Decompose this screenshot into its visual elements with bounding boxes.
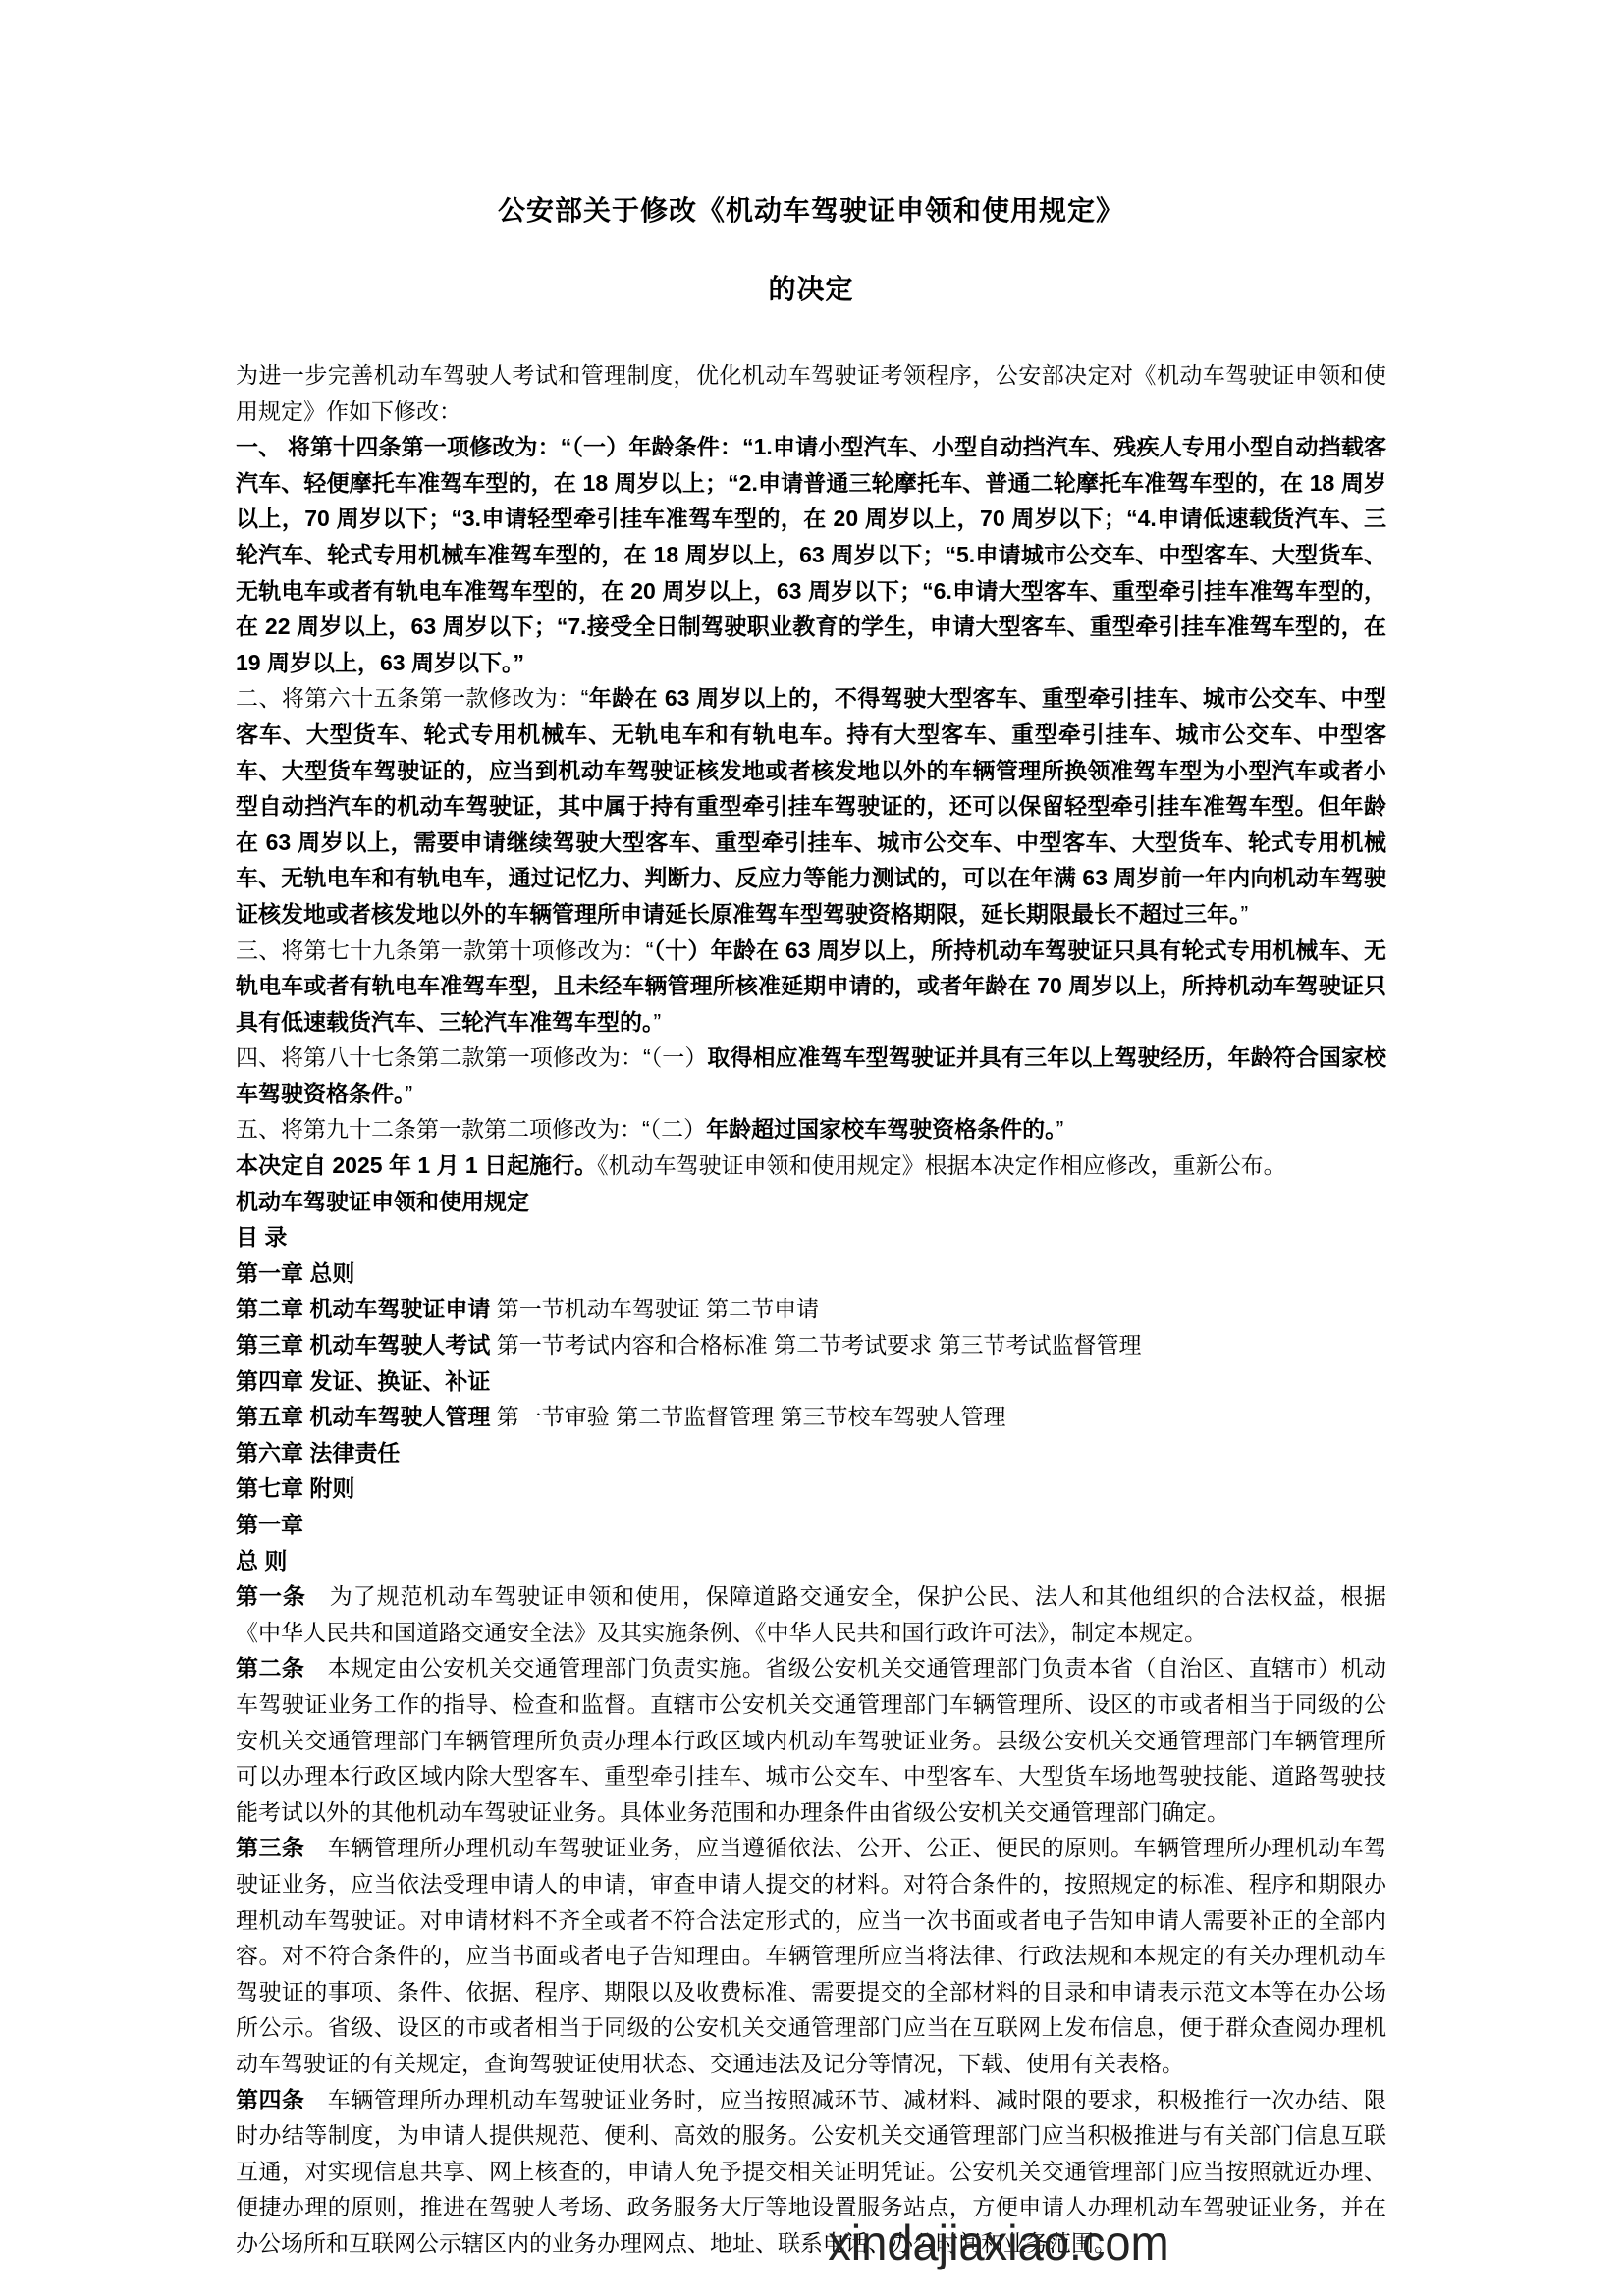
document-title-line1: 公安部关于修改《机动车驾驶证申领和使用规定》 (236, 0, 1386, 228)
paragraph: 第二章 机动车驾驶证申请 第一节机动车驾驶证 第二节申请 (236, 1291, 1386, 1327)
paragraph-segment-bold: 第七章 附则 (236, 1475, 354, 1501)
paragraph-segment-bold: 机动车驾驶证申领和使用规定 (236, 1189, 529, 1214)
footer-url-text: xindajiaxiao.com (828, 2216, 1168, 2270)
paragraph: 第六章 法律责任 (236, 1435, 1386, 1471)
document-title-line2: 的决定 (236, 228, 1386, 306)
footer-watermark: xindajiaxiao.com (236, 2216, 1624, 2269)
paragraph-segment-bold: 第三条 (236, 1835, 304, 1860)
paragraph-segment-bold: 第六章 法律责任 (236, 1440, 400, 1466)
paragraph-segment-bold: 年龄在 63 周岁以上的，不得驾驶大型客车、重型牵引挂车、城市公交车、中型客车、… (236, 685, 1386, 927)
paragraph-segment: 第一节审验 第二节监督管理 第三节校车驾驶人管理 (490, 1404, 1005, 1429)
paragraph-segment: ” (1241, 901, 1249, 927)
paragraph-segment: 为进一步完善机动车驾驶人考试和管理制度，优化机动车驾驶证考领程序，公安部决定对《… (236, 362, 1386, 424)
paragraph: 第五章 机动车驾驶人管理 第一节审验 第二节监督管理 第三节校车驾驶人管理 (236, 1399, 1386, 1435)
paragraph: 第七章 附则 (236, 1470, 1386, 1507)
paragraph: 机动车驾驶证申领和使用规定 (236, 1184, 1386, 1220)
paragraph-segment: 五、将第九十二条第一款第二项修改为：“（二） (236, 1116, 706, 1142)
paragraph-segment: 二、将第六十五条第一款修改为：“ (236, 685, 588, 711)
paragraph-segment-bold: 第四章 发证、换证、补证 (236, 1368, 490, 1394)
paragraph-segment-bold: 年龄超过国家校车驾驶资格条件的。 (706, 1116, 1056, 1142)
paragraph-segment-bold: 第五章 机动车驾驶人管理 (236, 1404, 490, 1429)
paragraph: 第二条 本规定由公安机关交通管理部门负责实施。省级公安机关交通管理部门负责本省（… (236, 1650, 1386, 1830)
paragraph: 总 则 (236, 1543, 1386, 1579)
paragraph-segment-bold: 第二条 (236, 1655, 304, 1681)
paragraph: 第一条 为了规范机动车驾驶证申领和使用，保障道路交通安全，保护公民、法人和其他组… (236, 1578, 1386, 1650)
paragraph-segment-bold: 第二章 机动车驾驶证申请 (236, 1296, 490, 1321)
paragraph: 第四章 发证、换证、补证 (236, 1363, 1386, 1400)
paragraph-segment: 第一节机动车驾驶证 第二节申请 (490, 1296, 819, 1321)
paragraph-segment: ” (406, 1081, 413, 1106)
paragraph-segment-bold: 第四条 (236, 2087, 304, 2112)
paragraph-segment: 本规定由公安机关交通管理部门负责实施。省级公安机关交通管理部门负责本省（自治区、… (236, 1655, 1386, 1824)
document-body: 为进一步完善机动车驾驶人考试和管理制度，优化机动车驾驶证考领程序，公安部决定对《… (236, 306, 1386, 2261)
paragraph-segment: 为了规范机动车驾驶证申领和使用，保障道路交通安全，保护公民、法人和其他组织的合法… (236, 1583, 1386, 1645)
paragraph: 一、 将第十四条第一项修改为：“（一）年龄条件：“1.申请小型汽车、小型自动挡汽… (236, 429, 1386, 680)
paragraph-segment-bold: 一、 将第十四条第一项修改为：“（一）年龄条件：“1.申请小型汽车、小型自动挡汽… (236, 434, 1386, 675)
paragraph-segment-bold: 第一条 (236, 1583, 306, 1609)
paragraph: 本决定自 2025 年 1 月 1 日起施行。《机动车驾驶证申领和使用规定》根据… (236, 1148, 1386, 1184)
paragraph: 二、将第六十五条第一款修改为：“年龄在 63 周岁以上的，不得驾驶大型客车、重型… (236, 680, 1386, 932)
paragraph-segment-bold: 总 则 (236, 1548, 287, 1574)
document-content: 公安部关于修改《机动车驾驶证申领和使用规定》 的决定 为进一步完善机动车驾驶人考… (236, 0, 1386, 2261)
paragraph-segment-bold: 第一章 总则 (236, 1260, 354, 1286)
paragraph: 目 录 (236, 1219, 1386, 1255)
paragraph: 第三条 车辆管理所办理机动车驾驶证业务，应当遵循依法、公开、公正、便民的原则。车… (236, 1830, 1386, 2081)
document-page: 公安部关于修改《机动车驾驶证申领和使用规定》 的决定 为进一步完善机动车驾驶人考… (0, 0, 1624, 2296)
paragraph-segment: 《机动车驾驶证申领和使用规定》根据本决定作相应修改，重新公布。 (597, 1152, 1286, 1178)
paragraph: 为进一步完善机动车驾驶人考试和管理制度，优化机动车驾驶证考领程序，公安部决定对《… (236, 357, 1386, 429)
paragraph-segment: 车辆管理所办理机动车驾驶证业务，应当遵循依法、公开、公正、便民的原则。车辆管理所… (236, 1835, 1386, 2076)
paragraph: 第一章 总则 (236, 1255, 1386, 1292)
paragraph: 第一章 (236, 1507, 1386, 1543)
paragraph-segment: 四、将第八十七条第二款第一项修改为：“（一） (236, 1044, 707, 1070)
paragraph-segment-bold: 第三章 机动车驾驶人考试 (236, 1332, 490, 1358)
paragraph: 四、将第八十七条第二款第一项修改为：“（一）取得相应准驾车型驾驶证并具有三年以上… (236, 1040, 1386, 1111)
paragraph-segment: 第一节考试内容和合格标准 第二节考试要求 第三节考试监督管理 (490, 1332, 1141, 1358)
paragraph-segment: ” (1056, 1116, 1064, 1142)
paragraph-segment-bold: 第一章 (236, 1512, 303, 1537)
paragraph: 第三章 机动车驾驶人考试 第一节考试内容和合格标准 第二节考试要求 第三节考试监… (236, 1327, 1386, 1363)
paragraph-segment: 三、将第七十九条第一款第十项修改为：“ (236, 937, 653, 963)
paragraph-segment-bold: 目 录 (236, 1224, 287, 1250)
paragraph-segment-bold: 本决定自 2025 年 1 月 1 日起施行。 (236, 1152, 597, 1178)
paragraph-segment: ” (654, 1009, 662, 1035)
paragraph: 三、将第七十九条第一款第十项修改为：“（十）年龄在 63 周岁以上，所持机动车驾… (236, 933, 1386, 1041)
paragraph: 五、将第九十二条第一款第二项修改为：“（二）年龄超过国家校车驾驶资格条件的。” (236, 1111, 1386, 1148)
